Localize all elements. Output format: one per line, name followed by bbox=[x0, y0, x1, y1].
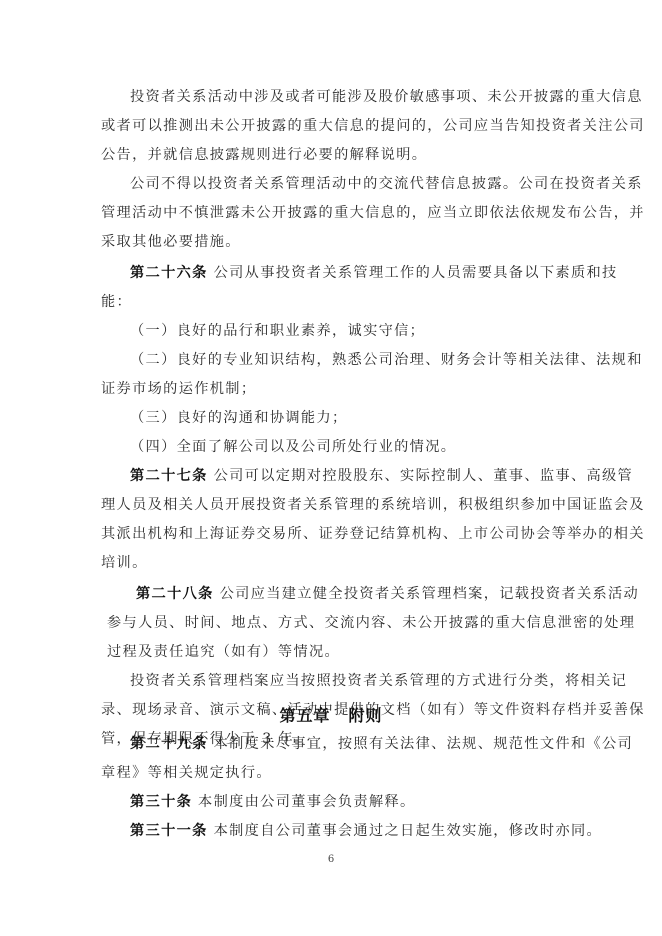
article-text: 本制度未尽事宜，按照有关法律、法规、规范性文件和《公司 bbox=[214, 736, 634, 752]
article-30: 第三十条 本制度由公司董事会负责解释。 bbox=[130, 791, 563, 813]
article-text: 本制度自公司董事会通过之日起生效实施，修改时亦同。 bbox=[214, 823, 602, 839]
list-item: （二）良好的专业知识结构，熟悉公司治理、财务会计等相关法律、法规和 bbox=[130, 349, 563, 371]
article-number: 第三十一条 bbox=[130, 823, 208, 839]
text-line: 公告，并就信息披露规则进行必要的解释说明。 bbox=[101, 144, 563, 166]
text-line: 投资者关系管理档案应当按照投资者关系管理的方式进行分类，将相关记 bbox=[130, 670, 563, 692]
text-line: 培训。 bbox=[101, 552, 563, 574]
text-line: 章程》等相关规定执行。 bbox=[101, 762, 563, 784]
article-text: 公司可以定期对控股股东、实际控制人、董事、监事、高级管 bbox=[214, 468, 634, 484]
article-number: 第三十条 bbox=[130, 794, 192, 810]
text-line: 或者可以推测出未公开披露的重大信息的提问的，公司应当告知投资者关注公司 bbox=[101, 115, 563, 137]
article-number: 第二十六条 bbox=[130, 265, 208, 281]
chapter-heading: 第五章附则 bbox=[0, 703, 662, 726]
document-page: 投资者关系活动中涉及或者可能涉及股价敏感事项、未公开披露的重大信息 或者可以推测… bbox=[0, 0, 662, 936]
text-line: 采取其他必要措施。 bbox=[101, 231, 563, 253]
text-line: 投资者关系活动中涉及或者可能涉及股价敏感事项、未公开披露的重大信息 bbox=[130, 86, 563, 108]
text-line: 证券市场的运作机制； bbox=[101, 378, 563, 400]
article-text: 公司应当建立健全投资者关系管理档案，记载投资者关系活动 bbox=[220, 586, 640, 602]
text-line: 公司不得以投资者关系管理活动中的交流代替信息披露。公司在投资者关系 bbox=[130, 173, 563, 195]
article-28: 第二十八条 公司应当建立健全投资者关系管理档案，记载投资者关系活动 bbox=[136, 583, 563, 605]
list-item: （一）良好的品行和职业素养，诚实守信； bbox=[130, 320, 563, 342]
text-line: 理人员及相关人员开展投资者关系管理的系统培训，积极组织参加中国证监会及 bbox=[101, 494, 563, 516]
article-number: 第二十七条 bbox=[130, 468, 208, 484]
text-line: 过程及责任追究（如有）等情况。 bbox=[107, 641, 569, 663]
list-item: （三）良好的沟通和协调能力； bbox=[130, 407, 563, 429]
article-31: 第三十一条 本制度自公司董事会通过之日起生效实施，修改时亦同。 bbox=[130, 820, 563, 842]
chapter-number: 第五章 bbox=[279, 706, 330, 725]
chapter-title: 附则 bbox=[349, 706, 383, 725]
article-29: 第二十九条 本制度未尽事宜，按照有关法律、法规、规范性文件和《公司 bbox=[130, 733, 563, 755]
text-line: 参与人员、时间、地点、方式、交流内容、未公开披露的重大信息泄密的处理 bbox=[107, 612, 569, 634]
text-line: 能： bbox=[101, 291, 563, 313]
text-line: 管理活动中不慎泄露未公开披露的重大信息的，应当立即依法依规发布公告，并 bbox=[101, 202, 563, 224]
text-line: 其派出机构和上海证券交易所、证券登记结算机构、上市公司协会等举办的相关 bbox=[101, 523, 563, 545]
list-item: （四）全面了解公司以及公司所处行业的情况。 bbox=[130, 436, 563, 458]
article-number: 第二十八条 bbox=[136, 586, 214, 602]
page-number: 6 bbox=[0, 854, 662, 865]
article-text: 本制度由公司董事会负责解释。 bbox=[198, 794, 416, 810]
article-27: 第二十七条 公司可以定期对控股股东、实际控制人、董事、监事、高级管 bbox=[130, 465, 563, 487]
article-text: 公司从事投资者关系管理工作的人员需要具备以下素质和技 bbox=[214, 265, 618, 281]
article-26: 第二十六条 公司从事投资者关系管理工作的人员需要具备以下素质和技 bbox=[130, 262, 563, 284]
article-number: 第二十九条 bbox=[130, 736, 208, 752]
